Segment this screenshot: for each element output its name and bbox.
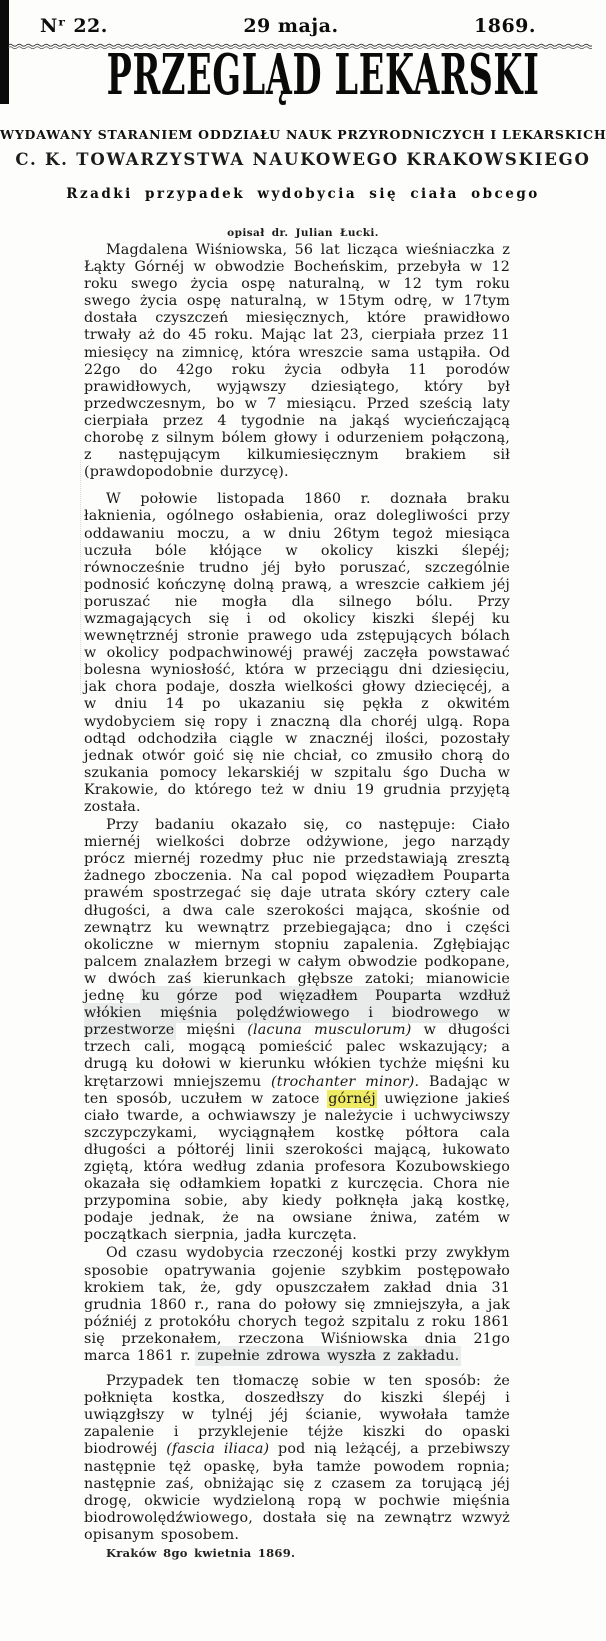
highlighted-passage: zupełnie zdrowa wyszła z zakładu. (197, 1348, 459, 1364)
text-segment: uwięzione jakieś ciało twarde, a ochwiaw… (84, 1091, 510, 1244)
paragraph: Przy badaniu okazało się, co następuje: … (84, 817, 510, 1244)
text-segment: (lacuna musculorum) (247, 1022, 411, 1038)
text-segment: (fascia iliaca) (166, 1441, 269, 1457)
paragraph: Od czasu wydobycia rzeczonéj kostki przy… (84, 1245, 510, 1365)
issue-number: Nʳ 22. (40, 15, 108, 37)
text-segment: Od czasu wydobycia rzeczonéj kostki przy… (84, 1245, 510, 1364)
journal-title: PRZEGLĄD LEKARSKI (0, 44, 606, 106)
paragraph: Przypadek ten tłomaczę sobie w ten sposó… (84, 1373, 510, 1544)
article-title: Rzadki przypadek wydobycia się ciała obc… (0, 186, 606, 203)
text-segment: mięśni (174, 1022, 247, 1038)
dateline: Kraków 8go kwietnia 1869. (84, 1545, 510, 1562)
text-segment: W połowie listopada 1860 r. doznała brak… (84, 491, 510, 815)
masthead-row: Nʳ 22. 29 maja. 1869. (0, 15, 606, 37)
scanned-journal-page: Nʳ 22. 29 maja. 1869. PRZEGLĄD LEKARSKI … (0, 0, 606, 1641)
issue-year: 1869. (474, 15, 536, 37)
journal-subtitle-line1: WYDAWANY STARANIEM ODDZIAŁU NAUK PRZYROD… (0, 127, 606, 142)
paragraph: Magdalena Wiśniowska, 56 lat licząca wie… (84, 242, 510, 481)
journal-subtitle-line2: C. K. TOWARZYSTWA NAUKOWEGO KRAKOWSKIEGO (0, 150, 606, 169)
issue-date: 29 maja. (243, 15, 338, 37)
highlighted-term: górnéj (328, 1091, 376, 1107)
article-body: Magdalena Wiśniowska, 56 lat licząca wie… (84, 242, 510, 1562)
article-byline: opisał dr. Julian Łucki. (0, 227, 606, 239)
text-segment: (trochanter minor) (271, 1074, 415, 1090)
scan-artifact-dotted-line (80, 460, 81, 695)
paragraph: W połowie listopada 1860 r. doznała brak… (84, 491, 510, 816)
text-segment: Magdalena Wiśniowska, 56 lat licząca wie… (84, 242, 510, 480)
text-segment: Przy badaniu okazało się, co następuje: … (84, 817, 510, 1004)
